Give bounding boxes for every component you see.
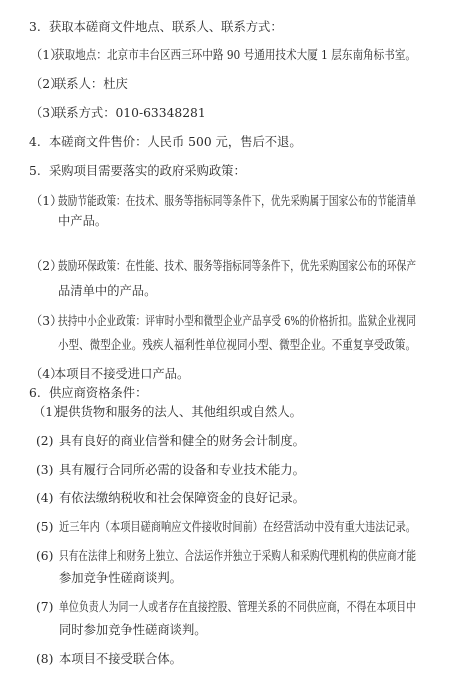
item-text-line2: 参加竞争性磋商谈判。 [59,570,182,586]
item-text: 有依法缴纳税收和社会保障资金的良好记录。 [59,490,305,506]
item-text: 本项目不接受联合体。 [59,651,182,667]
section-number: 3. [29,19,41,35]
item-text-line1: 扶持中小企业政策：评审时小型和微型企业产品享受 6%的价格折扣。监狱企业视同 [58,313,416,329]
item-number: (3) [36,462,53,478]
section-number: 5. [29,163,41,179]
item-text-line2: 小型、微型企业。残疾人福利性单位视同小型、微型企业。不重复享受政策。 [58,337,416,353]
section-number: 4. [29,134,41,150]
item-number: (7) [36,599,53,615]
item-text: 具有履行合同所必需的设备和专业技术能力。 [59,462,305,478]
item-text-line2: 中产品。 [58,213,107,229]
item-text-line2: 品清单中的产品。 [58,283,156,299]
item-text-line1: 只有在法律上和财务上独立、合法运作并独立于采购人和采购代理机构的供应商才能 [59,548,416,564]
item-number: (2) [36,433,53,449]
item-number: (6) [36,548,53,564]
item-text-line1: 鼓励节能政策：在技术、服务等指标同等条件下，优先采购属于国家公布的节能清单 [58,193,416,209]
item-number: (4) [36,490,53,506]
item-number: (8) [36,651,53,667]
item-text: 具有良好的商业信誉和健全的财务会计制度。 [59,433,305,449]
item-text-line2: 同时参加竞争性磋商谈判。 [59,622,207,638]
item-text-line1: 鼓励环保政策：在性能、技术、服务等指标同等条件下，优先采购国家公布的环保产 [58,258,416,274]
section-title: 获取本磋商文件地点、联系人、联系方式： [49,19,283,35]
item-text: 联系方式：010-63348281 [54,105,206,121]
section-title: 采购项目需要落实的政府采购政策： [49,163,246,179]
section-title: 供应商资格条件： [49,385,147,401]
item-text: 本项目不接受进口产品。 [54,366,189,382]
item-text-line1: 单位负责人为同一人或者存在直接控股、管理关系的不同供应商，不得在本项目中 [59,599,416,615]
item-text: 近三年内（本项目磋商响应文件接收时间前）在经营活动中没有重大违法记录。 [59,519,416,535]
section-title: 本磋商文件售价：人民币 500 元，售后不退。 [49,134,302,150]
item-number: (5) [36,519,53,535]
section-number: 6. [29,385,41,401]
item-text: 提供货物和服务的法人、其他组织或自然人。 [56,404,302,420]
item-text: 获取地点：北京市丰台区西三环中路 90 号通用技术大厦 1 层东南角标书室。 [54,47,416,63]
item-text: 联系人：杜庆 [54,76,128,92]
